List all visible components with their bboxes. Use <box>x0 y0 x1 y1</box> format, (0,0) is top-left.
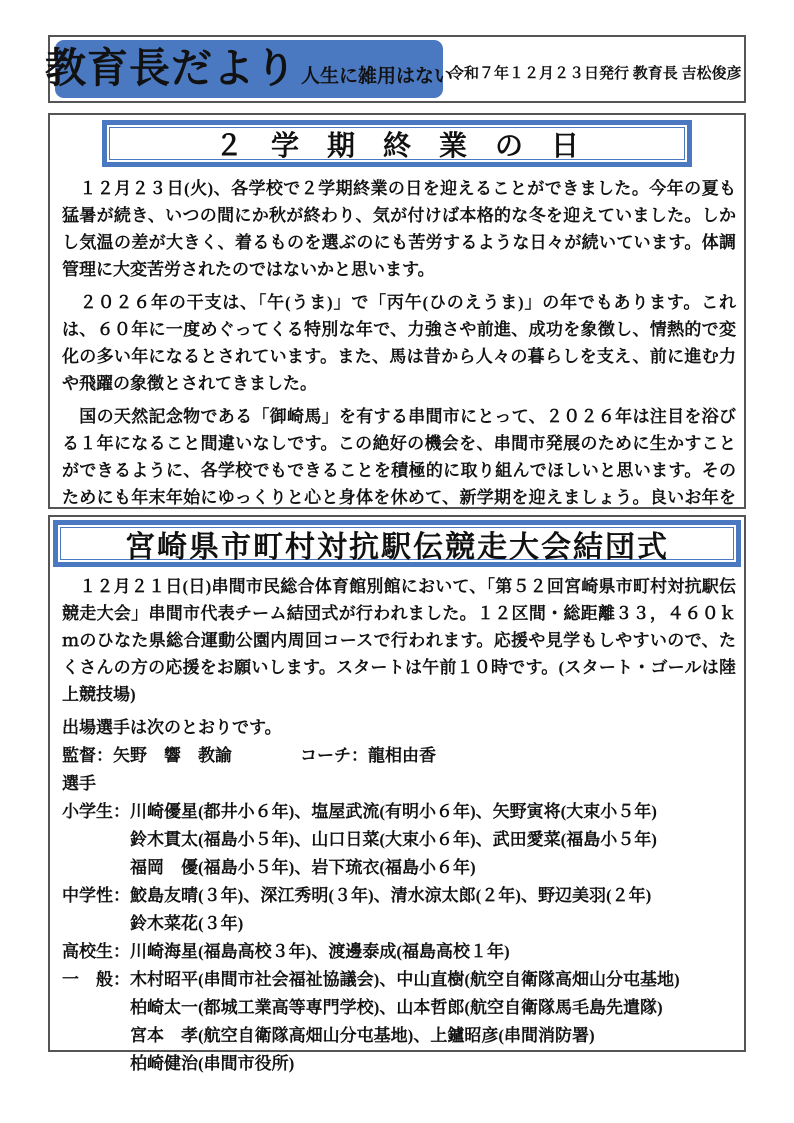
newsletter-page: 教育長だより 人生に雑用はない 令和７年１２月２３日発行 教育長 吉松俊彦 ２ … <box>0 0 794 1123</box>
paragraph: ２０２６年の干支は、「午(うま)」で「丙午(ひのえうま)」の年でもあります。これ… <box>62 289 736 397</box>
newsletter-title: 教育長だより <box>45 40 297 96</box>
roster-line: 小学生：川崎優星(都井小６年)、塩屋武流(有明小６年)、矢野寅将(大束小５年) <box>62 798 736 826</box>
roster-line: 選手 <box>62 770 736 798</box>
roster: 出場選手は次のとおりです。 監督：矢野 響 教諭 コーチ：龍相由香 選手 小学生… <box>62 714 736 1078</box>
section-ekiden-banner: 宮崎県市町村対抗駅伝競走大会結団式 <box>53 520 741 567</box>
roster-line: 監督：矢野 響 教諭 コーチ：龍相由香 <box>62 742 736 770</box>
roster-line: 出場選手は次のとおりです。 <box>62 714 736 742</box>
section-ekiden-body: １２月２１日(日)串間市民総合体育館別館において、「第５２回宮崎県市町村対抗駅伝… <box>50 573 744 1078</box>
roster-line: 高校生：川崎海星(福島高校３年)、渡邊泰成(福島高校１年) <box>62 938 736 966</box>
roster-line: 福岡 優(福島小５年)、岩下琉衣(福島小６年) <box>62 854 736 882</box>
section-ekiden-title: 宮崎県市町村対抗駅伝競走大会結団式 <box>125 522 669 566</box>
roster-line: 柏崎健治(串間市役所) <box>62 1050 736 1078</box>
section-term-end-banner: ２ 学 期 終 業 の 日 <box>102 120 692 167</box>
roster-line: 柏崎太一(都城工業高等専門学校)、山本哲郎(航空自衛隊馬毛島先遣隊) <box>62 994 736 1022</box>
roster-line: 一 般：木村昭平(串間市社会福祉協議会)、中山直樹(航空自衛隊高畑山分屯基地) <box>62 966 736 994</box>
paragraph: １２月２１日(日)串間市民総合体育館別館において、「第５２回宮崎県市町村対抗駅伝… <box>62 573 736 708</box>
roster-line: 鈴木貫太(福島小５年)、山口日菜(大束小６年)、武田愛菜(福島小５年) <box>62 826 736 854</box>
section-ekiden: 宮崎県市町村対抗駅伝競走大会結団式 １２月２１日(日)串間市民総合体育館別館にお… <box>48 515 746 1052</box>
issue-info: 令和７年１２月２３日発行 教育長 吉松俊彦 <box>449 62 742 83</box>
section-term-end-title: ２ 学 期 終 業 の 日 <box>215 124 579 164</box>
newsletter-motto: 人生に雑用はない <box>301 61 453 88</box>
newsletter-title-pill: 教育長だより 人生に雑用はない <box>55 40 443 98</box>
roster-line: 宮本 孝(航空自衛隊高畑山分屯基地)、上鑪昭彦(串間消防署) <box>62 1022 736 1050</box>
section-term-end-body: １２月２３日(火)、各学校で２学期終業の日を迎えることができました。今年の夏も猛… <box>50 175 744 538</box>
roster-line: 鈴木菜花(３年) <box>62 910 736 938</box>
section-term-end: ２ 学 期 終 業 の 日 １２月２３日(火)、各学校で２学期終業の日を迎えるこ… <box>48 113 746 509</box>
roster-line: 中学性：鮫島友晴(３年)、深江秀明(３年)、清水涼太郎(２年)、野辺美羽(２年) <box>62 882 736 910</box>
header: 教育長だより 人生に雑用はない 令和７年１２月２３日発行 教育長 吉松俊彦 <box>48 35 746 103</box>
paragraph: １２月２３日(火)、各学校で２学期終業の日を迎えることができました。今年の夏も猛… <box>62 175 736 283</box>
